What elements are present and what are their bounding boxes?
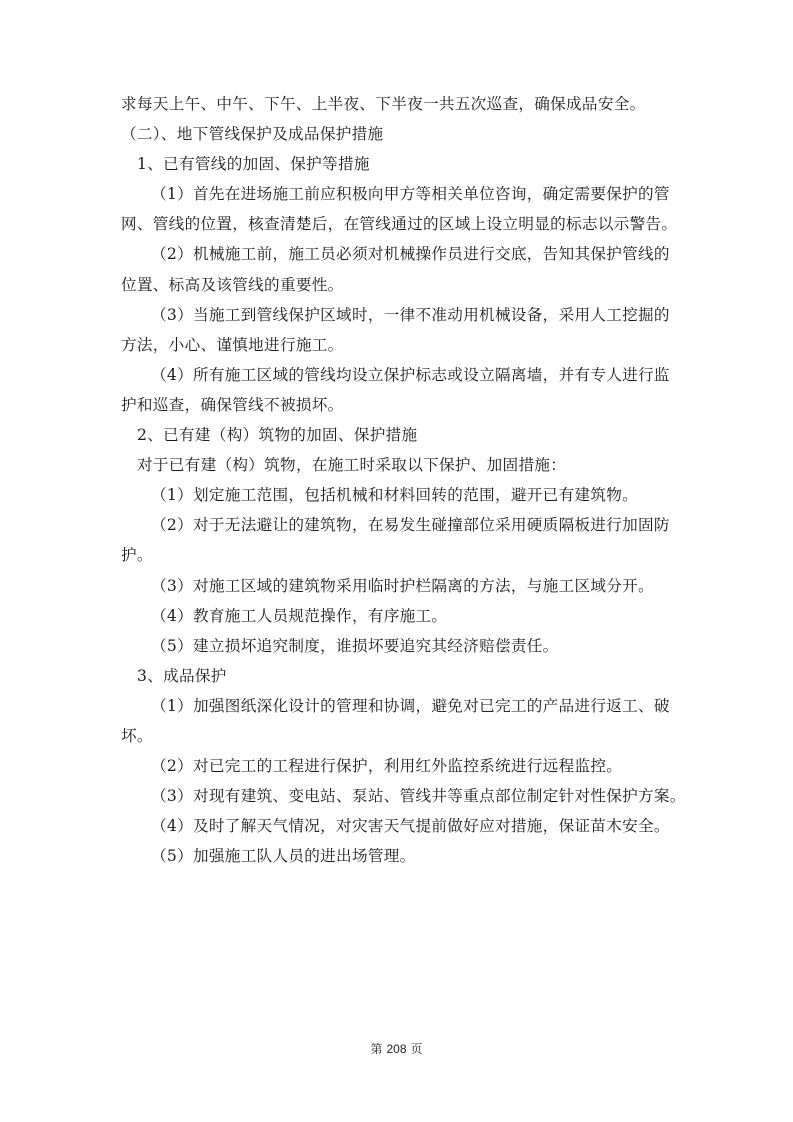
list-item-line: （2）对于无法避让的建筑物，在易发生碰撞部位采用硬质隔板进行加固防 (121, 510, 683, 540)
page-footer: 第208页 (0, 1040, 793, 1057)
subsection-heading: 2、已有建（构）筑物的加固、保护措施 (121, 420, 683, 450)
paragraph-line: 求每天上午、中午、下午、上半夜、下半夜一共五次巡查，确保成品安全。 (121, 89, 683, 119)
list-item-continuation: 护。 (121, 540, 683, 570)
document-body: 求每天上午、中午、下午、上半夜、下半夜一共五次巡查，确保成品安全。 （二）、地下… (121, 89, 683, 871)
subsection-heading: 3、成品保护 (121, 661, 683, 691)
list-item-line: （1）加强图纸深化设计的管理和协调，避免对已完工的产品进行返工、破 (121, 691, 683, 721)
list-item-line: （2）对已完工的工程进行保护，利用红外监控系统进行远程监控。 (121, 751, 683, 781)
list-item-line: （3）对现有建筑、变电站、泵站、管线井等重点部位制定针对性保护方案。 (121, 781, 683, 811)
list-item-continuation: 坏。 (121, 721, 683, 751)
page-number-prefix: 第 (370, 1042, 382, 1056)
list-item-line: （3）对施工区域的建筑物采用临时护栏隔离的方法，与施工区域分开。 (121, 571, 683, 601)
list-item-line: （1）划定施工范围，包括机械和材料回转的范围，避开已有建筑物。 (121, 480, 683, 510)
list-item-line: （3）当施工到管线保护区域时，一律不准动用机械设备，采用人工挖掘的 (121, 300, 683, 330)
list-item-line: （2）机械施工前，施工员必须对机械操作员进行交底，告知其保护管线的 (121, 239, 683, 269)
paragraph-line: 对于已有建（构）筑物，在施工时采取以下保护、加固措施： (121, 450, 683, 480)
subsection-heading: 1、已有管线的加固、保护等措施 (121, 149, 683, 179)
list-item-line: （4）及时了解天气情况，对灾害天气提前做好应对措施，保证苗木安全。 (121, 811, 683, 841)
list-item-line: （5）建立损坏追究制度，谁损坏要追究其经济赔偿责任。 (121, 631, 683, 661)
list-item-line: （5）加强施工队人员的进出场管理。 (121, 841, 683, 871)
list-item-continuation: 网、管线的位置，核查清楚后，在管线通过的区域上设立明显的标志以示警告。 (121, 209, 683, 239)
section-heading: （二）、地下管线保护及成品保护措施 (121, 119, 683, 149)
document-page: 求每天上午、中午、下午、上半夜、下半夜一共五次巡查，确保成品安全。 （二）、地下… (0, 0, 793, 1122)
list-item-line: （1）首先在进场施工前应积极向甲方等相关单位咨询，确定需要保护的管 (121, 179, 683, 209)
list-item-continuation: 方法，小心、谨慎地进行施工。 (121, 330, 683, 360)
page-number: 208 (386, 1042, 406, 1056)
page-number-suffix: 页 (411, 1042, 423, 1056)
list-item-continuation: 位置、标高及该管线的重要性。 (121, 270, 683, 300)
list-item-line: （4）教育施工人员规范操作，有序施工。 (121, 601, 683, 631)
list-item-line: （4）所有施工区域的管线均设立保护标志或设立隔离墙，并有专人进行监 (121, 360, 683, 390)
list-item-continuation: 护和巡查，确保管线不被损坏。 (121, 390, 683, 420)
